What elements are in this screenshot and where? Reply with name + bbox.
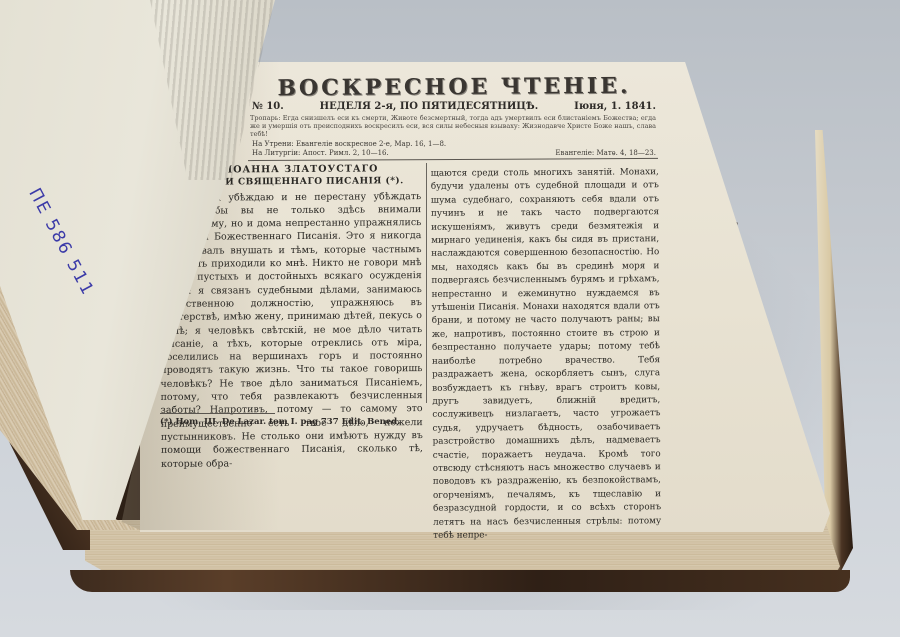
footnote-rule (160, 413, 275, 414)
book-photo-scene: ВОСКРЕСНОЕ ЧТЕНIЕ. № 10. НЕДЕЛЯ 2-я, ПО … (0, 0, 900, 637)
issue-week: НЕДЕЛЯ 2-я, ПО ПЯТИДЕСЯТНИЦѢ. (320, 101, 539, 112)
reading-row: На Утрени: Евангелiе воскресное 2-е, Мар… (252, 140, 656, 149)
periodical-masthead: ВОСКРЕСНОЕ ЧТЕНIЕ. (258, 73, 650, 102)
footnote: (*) Hom. III. De Lazar. tom I. pag 737 E… (160, 416, 435, 428)
reading-right: Евангелiе: Матѳ. 4, 18—23. (555, 149, 656, 158)
issue-number: № 10. (252, 101, 284, 112)
article-right-column: щаются среди столь многихъ занятiй. Мона… (431, 166, 662, 543)
readings-block: На Утрени: Евангелiе воскресное 2-е, Мар… (252, 140, 656, 158)
reading-row: На Литургiи: Апост. Римл. 2, 10—16. Еван… (252, 149, 656, 158)
troparion-text: Тропарь: Егда снизшелъ еси къ смерти, Жи… (250, 114, 656, 138)
issue-line: № 10. НЕДЕЛЯ 2-я, ПО ПЯТИДЕСЯТНИЦѢ. Iюня… (252, 101, 656, 112)
reading-left: На Утрени: Евангелiе воскресное 2-е, Мар… (252, 140, 446, 149)
issue-date: Iюня, 1. 1841. (574, 101, 656, 112)
article-body-right: щаются среди столь многихъ занятiй. Мона… (431, 166, 662, 543)
reading-left: На Литургiи: Апост. Римл. 2, 10—16. (252, 149, 389, 158)
cover-bottom-edge (70, 570, 850, 592)
column-divider (426, 163, 427, 403)
